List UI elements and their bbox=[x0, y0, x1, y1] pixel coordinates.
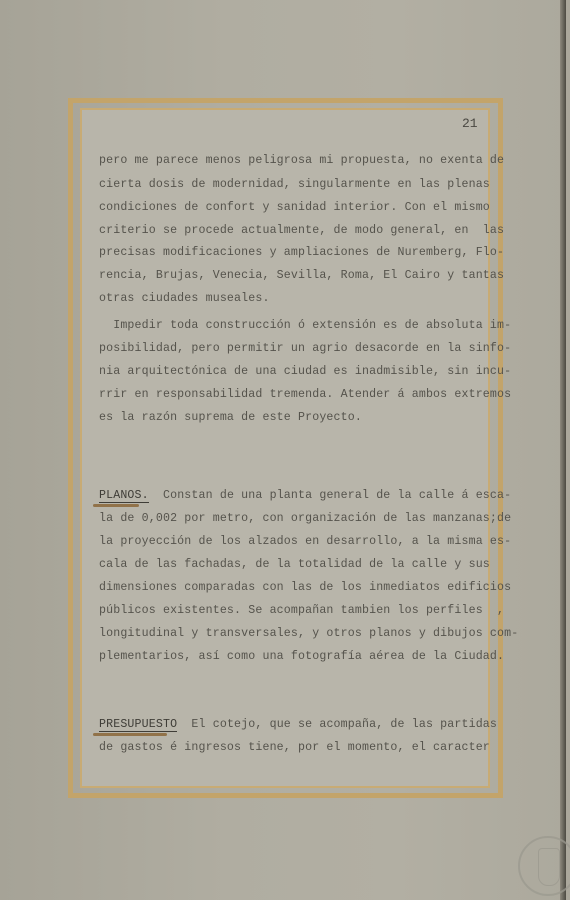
text-line: la de 0,002 por metro, con organización … bbox=[99, 512, 511, 525]
coat-of-arms-icon bbox=[538, 848, 560, 886]
text-line: Impedir toda construcción ó extensión es… bbox=[99, 319, 511, 332]
text-line: cala de las fachadas, de la totalidad de… bbox=[99, 558, 490, 571]
text-line: rencia, Brujas, Venecia, Sevilla, Roma, … bbox=[99, 269, 504, 282]
text-line: nia arquitectónica de una ciudad es inad… bbox=[99, 365, 511, 378]
page-edge bbox=[560, 0, 566, 900]
planos-first-line-text: Constan de una planta general de la call… bbox=[149, 489, 511, 502]
text-line: de gastos é ingresos tiene, por el momen… bbox=[99, 741, 490, 754]
text-line: criterio se procede actualmente, de modo… bbox=[99, 224, 504, 237]
text-line: pero me parece menos peligrosa mi propue… bbox=[99, 154, 504, 167]
text-line: otras ciudades museales. bbox=[99, 292, 270, 305]
presupuesto-first-line-text: El cotejo, que se acompaña, de las parti… bbox=[177, 718, 497, 731]
text-line: precisas modificaciones y ampliaciones d… bbox=[99, 246, 504, 259]
text-line: públicos existentes. Se acompañan tambie… bbox=[99, 604, 504, 617]
text-line: plementarios, así como una fotografía aé… bbox=[99, 650, 504, 663]
text-line: condiciones de confort y sanidad interio… bbox=[99, 201, 490, 214]
page-number: 21 bbox=[462, 116, 478, 131]
presupuesto-first-line: PRESUPUESTO El cotejo, que se acompaña, … bbox=[99, 718, 497, 731]
scanned-page: 21 pero me parece menos peligrosa mi pro… bbox=[0, 0, 566, 900]
text-line: rrir en responsabilidad tremenda. Atende… bbox=[99, 388, 511, 401]
text-line: es la razón suprema de este Proyecto. bbox=[99, 411, 362, 424]
planos-heading: PLANOS. bbox=[99, 489, 149, 503]
university-seal-icon bbox=[518, 836, 570, 896]
text-line: posibilidad, pero permitir un agrio desa… bbox=[99, 342, 511, 355]
planos-first-line: PLANOS. Constan de una planta general de… bbox=[99, 489, 511, 502]
text-line: dimensiones comparadas con las de los in… bbox=[99, 581, 511, 594]
text-line: longitudinal y transversales, y otros pl… bbox=[99, 627, 518, 640]
presupuesto-heading: PRESUPUESTO bbox=[99, 718, 177, 732]
text-line: cierta dosis de modernidad, singularment… bbox=[99, 178, 490, 191]
text-line: la proyección de los alzados en desarrol… bbox=[99, 535, 511, 548]
